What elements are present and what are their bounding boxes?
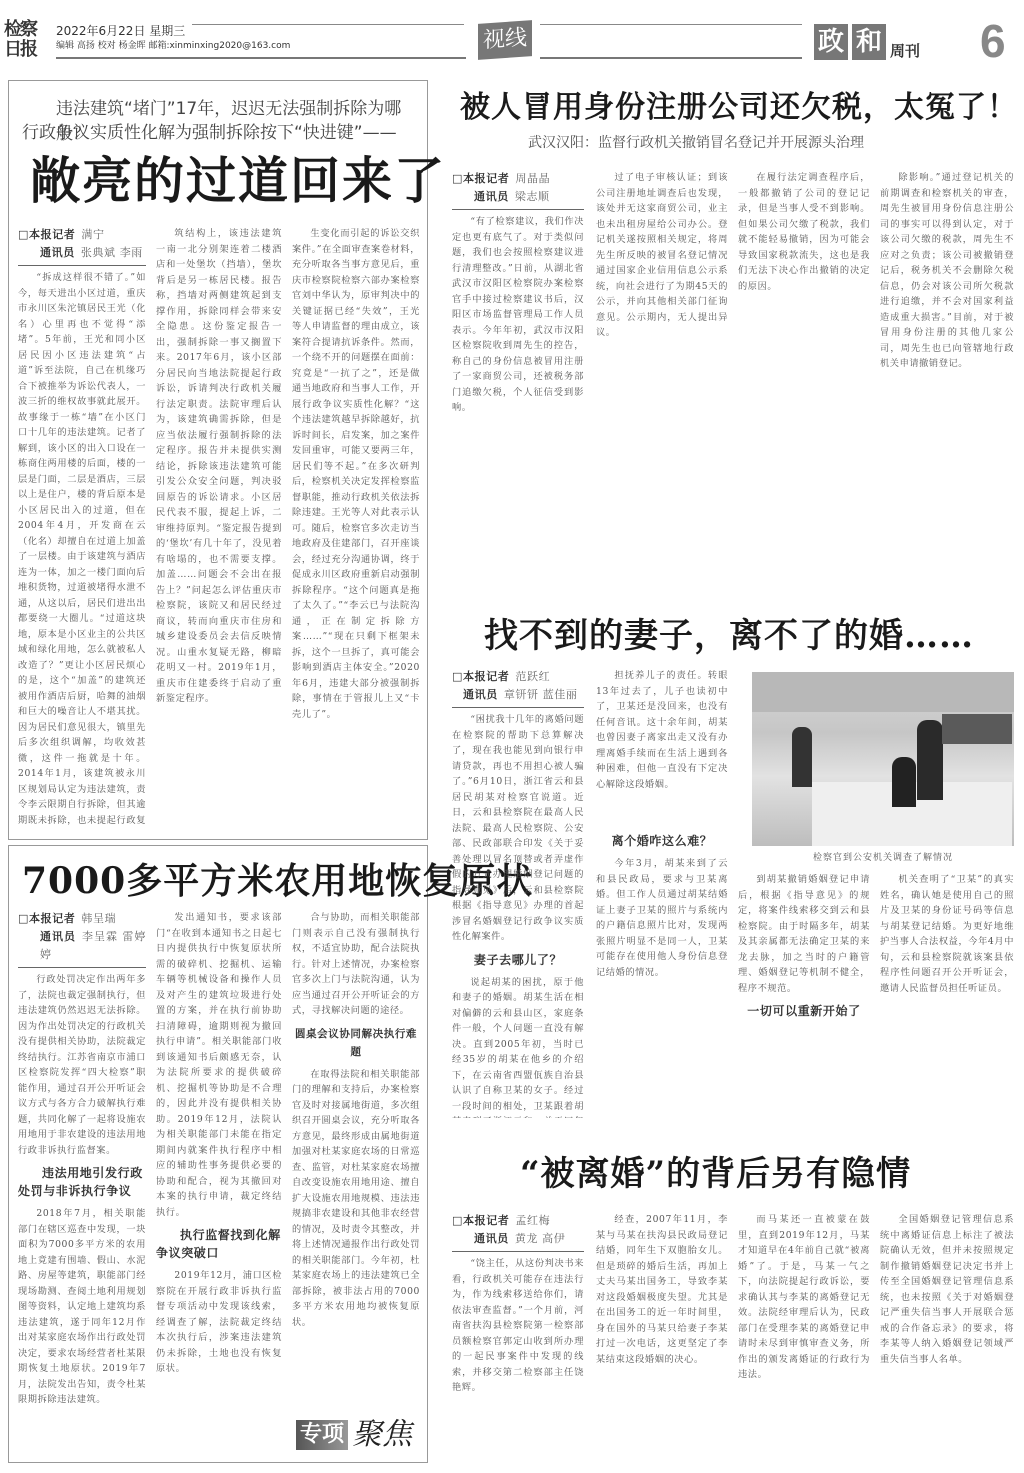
correspondent-label: 通讯员 xyxy=(463,688,498,701)
article-2-column-1: □本报记者韩呈瑞 通讯员李呈霖 雷婷婷 行政处罚决定作出两年多了，法院也裁定强制… xyxy=(18,910,146,1456)
article-3-column-3: 在履行法定调查程序后，一般都撤销了公司的登记记录，但是当事人受不到影响。但如果公… xyxy=(738,170,870,588)
article-1-column-1: □本报记者满宁 通讯员张典斌 李雨 “拆成这样很不错了。”如今，每天进出小区过道… xyxy=(18,226,146,830)
correspondent-names: 黄龙 高伊 xyxy=(515,1232,566,1245)
reporter-name: 孟红梅 xyxy=(515,1214,550,1227)
article-2-text: 2018年7月，相关职能部门在辖区巡查中发现，一块面积为7000多平方米的农用地… xyxy=(18,1206,146,1408)
article-4-column-3: 到胡某撤销婚姻登记申请后，根据《指导意见》的规定，将案件线索移交到云和县检察院。… xyxy=(738,872,870,1118)
article-4-text: 担抚养儿子的责任。转眼13年过去了，儿子也读初中了，卫某还是没回来，也没有任何音… xyxy=(596,668,728,792)
article-2-subhead: 违法用地引发行政处罚与非诉执行争议 xyxy=(18,1164,146,1200)
brand-weekly: 周刊 xyxy=(890,40,920,61)
article-4-column-4: 机关查明了“卫某”的真实姓名，确认她是使用自己的照片及卫某的身份证号码等信息与胡… xyxy=(880,872,1014,1118)
newspaper-logo: 检察 日报 xyxy=(4,20,54,64)
photo-noticeboard xyxy=(942,714,1012,744)
article-4-text: 到胡某撤销婚姻登记申请后，根据《指导意见》的规定，将案件线索移交到云和县检察院。… xyxy=(738,872,870,996)
article-3-text: 除影响。”通过登记机关的前期调查和检察机关的审查，周先生被冒用身份信息注册公司的… xyxy=(880,170,1014,372)
editorial-staff: 编辑 高扬 校对 杨金晖 邮箱:xinminxing2020@163.com xyxy=(56,38,290,51)
article-2-subhead: 执行监督找到化解争议突破口 xyxy=(156,1226,282,1262)
article-1-text: 生变化而引起的诉讼交织案件。”在全面审查案卷材料，充分听取各当事方意见后，重庆市… xyxy=(292,226,420,722)
article-2-subhead: 圆桌会议协同解决执行难题 xyxy=(292,1025,420,1061)
article-4-subhead: 一切可以重新开始了 xyxy=(738,1002,870,1020)
correspondent-names: 张典斌 李雨 xyxy=(81,246,143,259)
article-3-subtitle: 武汉汉阳：监督行政机关撤销冒名登记并开展源头治理 xyxy=(528,132,864,152)
article-5-headline: “被离婚”的背后另有隐情 xyxy=(520,1150,911,1198)
article-1-headline: 敞亮的过道回来了 xyxy=(30,148,446,214)
article-2-text: 发出通知书，要求该部门“在收到本通知书之日起七日内提供执行中恢复原状所需的破碎机… xyxy=(156,910,282,1220)
badge-part-2: 聚焦 xyxy=(352,1420,412,1450)
article-2-text: 行政处罚决定作出两年多了，法院也裁定强制执行，但违法建筑仍然迟迟无法拆除。因为作… xyxy=(18,972,146,1158)
correspondent-names: 梁志顺 xyxy=(515,190,550,203)
article-2-text: 在取得法院和相关职能部门的理解和支持后，办案检察官及时对接属地街道，多次组织召开… xyxy=(292,1067,420,1331)
logo-line-2: 日报 xyxy=(4,40,54,60)
photo-person xyxy=(917,720,943,800)
masthead-rule xyxy=(56,57,466,59)
article-1-text: 筑结构上，该违法建筑一南一北分别架连着二楼酒店和一处堡坎（挡墙），堡坎背后是另一… xyxy=(156,226,282,707)
article-2-text: 合与协助，而相关职能部门则表示自己没有强制执行权，不适宜协助，配合法院执行。针对… xyxy=(292,910,420,1019)
article-4-subhead: 妻子去哪儿了？ xyxy=(452,951,584,969)
article-1-column-3: 生变化而引起的诉讼交织案件。”在全面审查案卷材料，充分听取各当事方意见后，重庆市… xyxy=(292,226,420,830)
article-4-text: 说起胡某的困扰，原于他和妻子的婚姻。胡某生活在相对偏僻的云和县山区，家庭条件一般… xyxy=(452,975,584,1119)
article-3-headline: 被人冒用身份注册公司还欠税，太冤了！ xyxy=(460,86,1020,130)
article-4-text: 今年3月，胡某来到了云和县民政局，要求与卫某离婚。但工作人员通过胡某结婚证上妻子… xyxy=(596,856,728,980)
masthead-rule xyxy=(192,24,464,25)
article-4-column-2: 担抚养儿子的责任。转眼13年过去了，儿子也读初中了，卫某还是没回来，也没有任何音… xyxy=(596,668,728,1118)
article-5-column-2: 经查，2007年11月，李某与马某在扶沟县民政局登记结婚，同年生下双胞胎女儿。但… xyxy=(596,1212,728,1468)
article-3-column-2: 过了电子审核认证；到该公司注册地址调查后也发现，该处并无这家商贸公司，业主也未出… xyxy=(596,170,728,588)
article-5-column-1: □本报记者孟红梅 通讯员黄龙 高伊 “饶主任，从这份判决书来看，行政机关可能存在… xyxy=(452,1212,584,1468)
article-3-column-1: □本报记者周晶晶 通讯员梁志顺 “有了检察建议，我们作决定也更有底气了。对于类似… xyxy=(452,170,584,588)
article-2-text: 2019年12月，浦口区检察院在开展行政非诉执行监督专项活动中发现该线索，经调查… xyxy=(156,1268,282,1377)
section-tag: 视线 xyxy=(478,20,532,60)
reporter-name: 周晶晶 xyxy=(515,172,550,185)
special-focus-badge: 专项 聚焦 xyxy=(296,1420,412,1450)
article-4-subhead: 离个婚咋这么难？ xyxy=(596,832,728,850)
article-1-byline: □本报记者满宁 通讯员张典斌 李雨 xyxy=(18,226,146,266)
article-3-text: 在履行法定调查程序后，一般都撤销了公司的登记记录，但是当事人受不到影响。但如果公… xyxy=(738,170,870,294)
masthead-rule xyxy=(540,57,802,59)
news-photo xyxy=(752,672,1014,846)
article-1-text: “拆成这样很不错了。”如今，每天进出小区过道，重庆市永川区朱沱镇居民王光（化名）… xyxy=(18,270,146,830)
reporter-name: 满宁 xyxy=(81,228,104,241)
article-5-text: 全国婚姻登记管理信息系统中离婚证信息上标注了被法院确认无效，但并未按照规定制作撤… xyxy=(880,1212,1014,1367)
photo-ceiling xyxy=(752,672,1014,712)
article-4-text: “困扰我十几年的离婚问题在检察院的帮助下总算解决了，现在我也能见到向银行申请贷款… xyxy=(452,712,584,945)
brand-char-1: 政 xyxy=(814,24,848,60)
article-3-text: 过了电子审核认证；到该公司注册地址调查后也发现，该处并无这家商贸公司，业主也未出… xyxy=(596,170,728,341)
page-number: 6 xyxy=(980,14,1006,68)
photo-caption: 检察官到公安机关调查了解情况 xyxy=(752,850,1014,863)
article-5-column-3: 而马某还一直被蒙在鼓里，直到2019年12月，马某才知道早在4年前自己就“被离婚… xyxy=(738,1212,870,1468)
article-4-headline: 找不到的妻子，离不了的婚…… xyxy=(484,612,974,660)
article-2-column-2: 发出通知书，要求该部门“在收到本通知书之日起七日内提供执行中恢复原状所需的破碎机… xyxy=(156,910,282,1456)
article-5-byline: □本报记者孟红梅 通讯员黄龙 高伊 xyxy=(452,1212,584,1252)
photo-person xyxy=(892,757,916,807)
article-5-text: 而马某还一直被蒙在鼓里，直到2019年12月，马某才知道早在4年前自己就“被离婚… xyxy=(738,1212,870,1383)
article-1-kicker-2: 行政争议实质性化解为强制拆除按下“快进键”—— xyxy=(22,118,422,143)
reporter-label: □本报记者 xyxy=(452,1214,509,1227)
article-5-text: “饶主任，从这份判决书来看，行政机关可能存在违法行为，作为线索移送给你们，请依法… xyxy=(452,1256,584,1396)
reporter-label: □本报记者 xyxy=(452,670,509,683)
reporter-label: □本报记者 xyxy=(18,912,75,925)
photo-person xyxy=(792,727,812,787)
article-4-column-1: □本报记者范跃红 通讯员章钘钘 蓝佳丽 “困扰我十几年的离婚问题在检察院的帮助下… xyxy=(452,668,584,1118)
correspondent-names: 章钘钘 蓝佳丽 xyxy=(504,688,578,701)
article-2-column-3: 合与协助，而相关职能部门则表示自己没有强制执行权，不适宜协助，配合法院执行。针对… xyxy=(292,910,420,1370)
article-4-text: 机关查明了“卫某”的真实姓名，确认她是使用自己的照片及卫某的身份证号码等信息与胡… xyxy=(880,872,1014,996)
correspondent-label: 通讯员 xyxy=(40,930,76,943)
article-1-column-2: 筑结构上，该违法建筑一南一北分别架连着二楼酒店和一处堡坎（挡墙），堡坎背后是另一… xyxy=(156,226,282,830)
article-4-byline: □本报记者范跃红 通讯员章钘钘 蓝佳丽 xyxy=(452,668,584,708)
correspondent-label: 通讯员 xyxy=(474,1232,509,1245)
article-5-column-4: 全国婚姻登记管理信息系统中离婚证信息上标注了被法院确认无效，但并未按照规定制作撤… xyxy=(880,1212,1014,1468)
article-2-byline: □本报记者韩呈瑞 通讯员李呈霖 雷婷婷 xyxy=(18,910,146,968)
masthead-rule xyxy=(540,24,802,25)
reporter-name: 韩呈瑞 xyxy=(81,912,116,925)
correspondent-label: 通讯员 xyxy=(40,246,75,259)
article-5-text: 经查，2007年11月，李某与马某在扶沟县民政局登记结婚，同年生下双胞胎女儿。但… xyxy=(596,1212,728,1367)
article-3-text: “有了检察建议，我们作决定也更有底气了。对于类似问题，我们也会按照检察建议进行清… xyxy=(452,214,584,416)
issue-date: 2022年6月22日 星期三 xyxy=(56,22,185,39)
brand-char-2: 和 xyxy=(852,24,886,60)
article-3-byline: □本报记者周晶晶 通讯员梁志顺 xyxy=(452,170,584,210)
reporter-label: □本报记者 xyxy=(452,172,509,185)
correspondent-label: 通讯员 xyxy=(474,190,509,203)
reporter-label: □本报记者 xyxy=(18,228,75,241)
badge-part-1: 专项 xyxy=(296,1420,348,1450)
reporter-name: 范跃红 xyxy=(515,670,550,683)
article-3-column-4: 除影响。”通过登记机关的前期调查和检察机关的审查，周先生被冒用身份信息注册公司的… xyxy=(880,170,1014,588)
logo-line-1: 检察 xyxy=(4,20,54,40)
